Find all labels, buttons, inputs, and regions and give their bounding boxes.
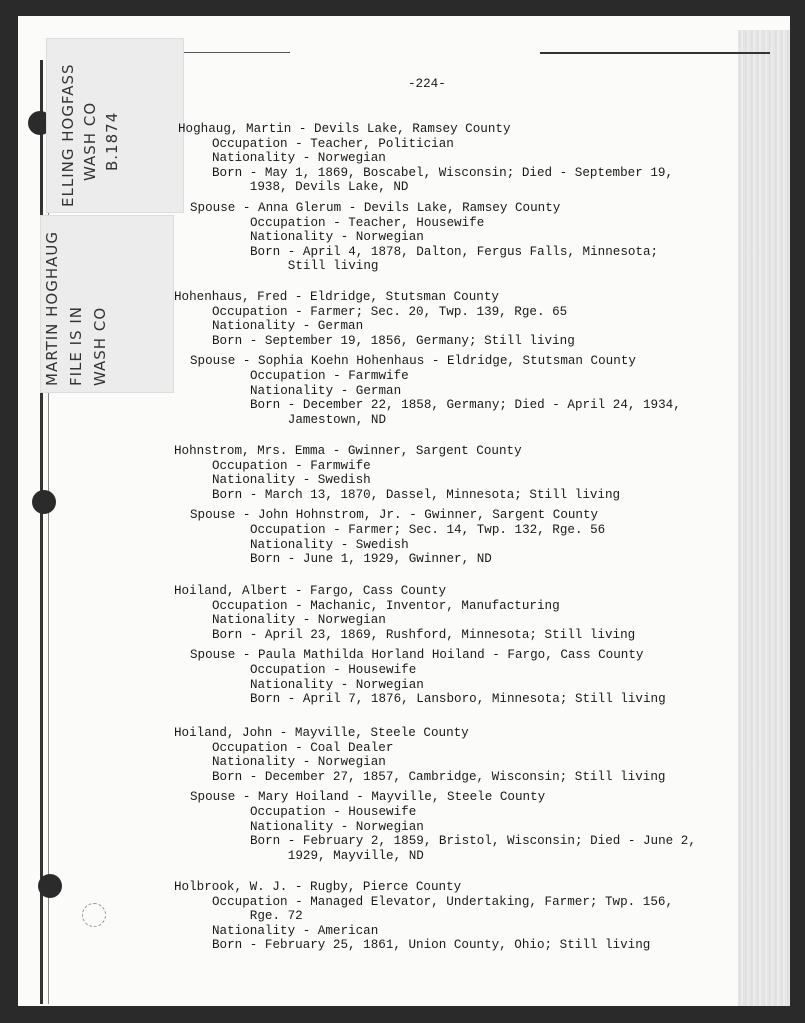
entry-detail: Born - March 13, 1870, Dassel, Minnesota… [212, 488, 620, 503]
entry-detail: Nationality - German [212, 319, 363, 334]
entry-detail: Occupation - Managed Elevator, Undertaki… [212, 895, 673, 910]
entry-heading: Hoiland, Albert - Fargo, Cass County [174, 584, 446, 599]
entry-heading: Hohenhaus, Fred - Eldridge, Stutsman Cou… [174, 290, 499, 305]
spouse-detail: Born - December 22, 1858, Germany; Died … [250, 398, 681, 413]
entry-detail: Occupation - Farmwife [212, 459, 371, 474]
entry-detail: Nationality - American [212, 924, 378, 939]
entry-detail: Nationality - Norwegian [212, 755, 386, 770]
spouse-heading: Spouse - John Hohnstrom, Jr. - Gwinner, … [190, 508, 598, 523]
entry-detail: Occupation - Coal Dealer [212, 741, 393, 756]
spouse-detail: Nationality - Norwegian [250, 230, 424, 245]
entry-detail: Born - December 27, 1857, Cambridge, Wis… [212, 770, 665, 785]
entry-heading: Hoiland, John - Mayville, Steele County [174, 726, 469, 741]
spouse-detail: Nationality - Swedish [250, 538, 409, 553]
entry-detail: Occupation - Teacher, Politician [212, 137, 454, 152]
punch-hole-middle [32, 490, 56, 514]
spouse-detail: Occupation - Teacher, Housewife [250, 216, 484, 231]
binder-margin-line [40, 60, 43, 1004]
entry-detail: Nationality - Norwegian [212, 151, 386, 166]
spouse-detail: Nationality - Norwegian [250, 820, 424, 835]
spouse-detail: Born - June 1, 1929, Gwinner, ND [250, 552, 492, 567]
spouse-detail: Occupation - Housewife [250, 663, 416, 678]
spouse-detail: Born - April 4, 1878, Dalton, Fergus Fal… [250, 245, 658, 260]
top-rule [540, 52, 770, 54]
spouse-detail: Occupation - Farmer; Sec. 14, Twp. 132, … [250, 523, 605, 538]
entry-detail: Nationality - Norwegian [212, 613, 386, 628]
entry-detail: Occupation - Machanic, Inventor, Manufac… [212, 599, 560, 614]
sticky-note-1: ELLING HOGFASS WASH CO B.1874 [46, 38, 184, 213]
spouse-detail: Still living [250, 259, 378, 274]
spouse-heading: Spouse - Anna Glerum - Devils Lake, Rams… [190, 201, 560, 216]
entry-heading: Hohnstrom, Mrs. Emma - Gwinner, Sargent … [174, 444, 522, 459]
spouse-detail: Occupation - Housewife [250, 805, 416, 820]
spouse-detail: Born - February 2, 1859, Bristol, Wiscon… [250, 834, 696, 849]
punch-hole-bottom [38, 874, 62, 898]
spouse-detail: Jamestown, ND [250, 413, 386, 428]
spouse-detail: 1929, Mayville, ND [250, 849, 424, 864]
top-rule-left [180, 52, 290, 53]
spouse-heading: Spouse - Sophia Koehn Hohenhaus - Eldrid… [190, 354, 636, 369]
entry-detail: Born - May 1, 1869, Boscabel, Wisconsin;… [212, 166, 673, 181]
entry-heading: Holbrook, W. J. - Rugby, Pierce County [174, 880, 461, 895]
page-number: -224- [408, 77, 446, 91]
spouse-detail: Born - April 7, 1876, Lansboro, Minnesot… [250, 692, 666, 707]
entry-detail: Born - April 23, 1869, Rushford, Minneso… [212, 628, 635, 643]
spouse-detail: Nationality - German [250, 384, 401, 399]
entry-detail: 1938, Devils Lake, ND [212, 180, 409, 195]
scan-edge-shadow [738, 30, 790, 1006]
sticky-note-2-line: FILE IS IN [67, 306, 85, 386]
entry-detail: Born - February 25, 1861, Union County, … [212, 938, 650, 953]
entry-heading: Hoghaug, Martin - Devils Lake, Ramsey Co… [178, 122, 511, 137]
entry-detail: Born - September 19, 1856, Germany; Stil… [212, 334, 575, 349]
sticky-note-2: MARTIN HOGHAUG FILE IS IN WASH CO [40, 215, 174, 393]
entry-detail: Rge. 72 [212, 909, 303, 924]
sticky-note-2-line: WASH CO [91, 307, 109, 386]
spouse-heading: Spouse - Mary Hoiland - Mayville, Steele… [190, 790, 545, 805]
sticky-note-1-line: WASH CO [81, 102, 99, 181]
entry-detail: Occupation - Farmer; Sec. 20, Twp. 139, … [212, 305, 567, 320]
spouse-heading: Spouse - Paula Mathilda Horland Hoiland … [190, 648, 643, 663]
spouse-detail: Occupation - Farmwife [250, 369, 409, 384]
punch-hole-ring [82, 903, 106, 927]
sticky-note-2-line: MARTIN HOGHAUG [43, 231, 61, 386]
entry-detail: Nationality - Swedish [212, 473, 371, 488]
sticky-note-1-line: B.1874 [103, 112, 121, 171]
spouse-detail: Nationality - Norwegian [250, 678, 424, 693]
sticky-note-1-line: ELLING HOGFASS [59, 64, 77, 208]
